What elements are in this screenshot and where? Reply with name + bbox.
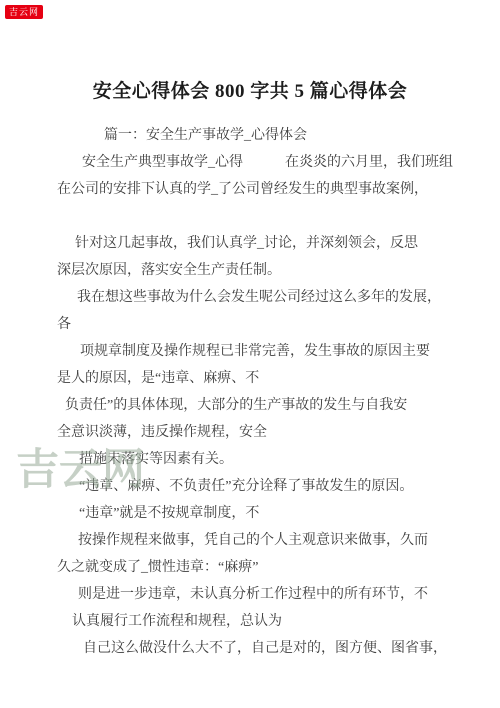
- text-line: 自己这么做没什么大不了，自己是对的，图方便、图省事，: [57, 635, 457, 662]
- text-line: 认真履行工作流程和规程，总认为: [57, 608, 457, 635]
- text-line: “违章、麻痹、不负责任”充分诠释了事故发生的原因。: [57, 473, 457, 500]
- text-line: “违章”就是不按规章制度，不: [57, 500, 457, 527]
- text-line: 措施未落实等因素有关。: [57, 446, 457, 473]
- text-line: 是人的原因，是“违章、麻痹、不: [57, 365, 457, 392]
- text-line: 全意识淡薄，违反操作规程，安全: [57, 419, 457, 446]
- text-line: 项规章制度及操作规程已非常完善，发生事故的原因主要: [57, 338, 457, 365]
- site-logo-badge: 吉云网: [5, 5, 43, 19]
- text-line: 负责任”的具体体现，大部分的生产事故的发生与自我安: [57, 392, 457, 419]
- text-line: 篇一：安全生产事故学_心得体会: [57, 122, 457, 149]
- text-line: 按操作规程来做事，凭自己的个人主观意识来做事，久而: [57, 527, 457, 554]
- text-line: 我在想这些事故为什么会发生呢公司经过这么多年的发展，: [57, 284, 457, 311]
- document-title: 安全心得体会 800 字共 5 篇心得体会: [0, 79, 500, 105]
- text-line: 在公司的安排下认真的学_了公司曾经发生的典型事故案例，: [57, 176, 457, 203]
- text-line: 久之就变成了_惯性违章：“麻痹”: [57, 554, 457, 581]
- text-line: 针对这几起事故，我们认真学_讨论，并深刻领会，反思: [57, 230, 457, 257]
- text-line: 安全生产典型事故学_心得 在炎炎的六月里，我们班组: [57, 149, 457, 176]
- text-line-blank: [57, 203, 457, 230]
- text-line: 则是进一步违章，未认真分析工作过程中的所有环节，不: [57, 581, 457, 608]
- document-page: 吉云网 安全心得体会 800 字共 5 篇心得体会 篇一：安全生产事故学_心得体…: [0, 0, 500, 708]
- document-body: 篇一：安全生产事故学_心得体会 安全生产典型事故学_心得 在炎炎的六月里，我们班…: [57, 122, 457, 662]
- text-line: 深层次原因，落实安全生产责任制。: [57, 257, 457, 284]
- text-line: 各: [57, 311, 457, 338]
